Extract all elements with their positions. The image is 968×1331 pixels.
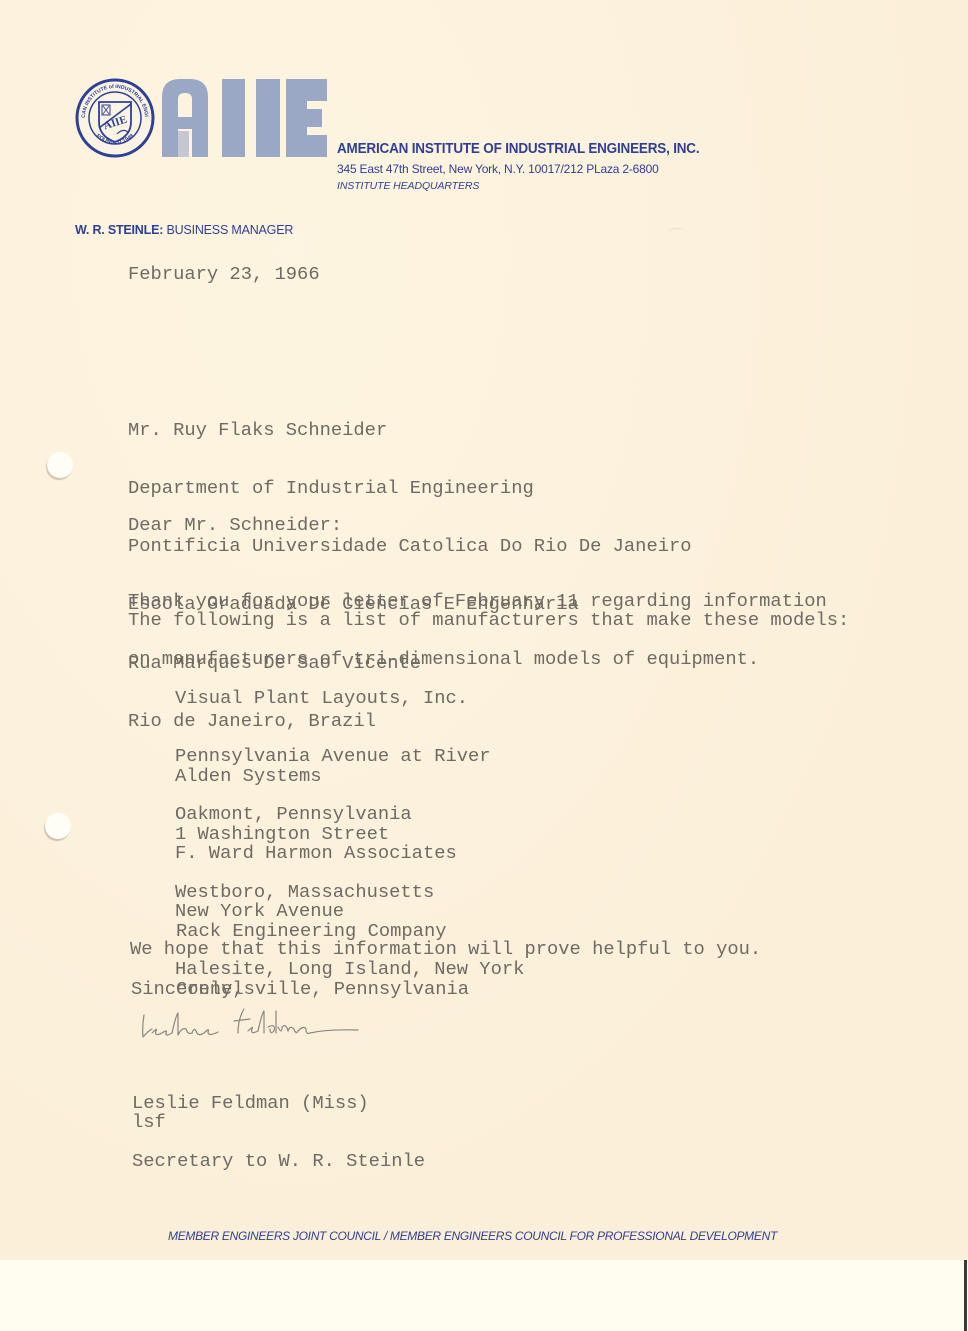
scan-background	[0, 1260, 968, 1331]
recipient-line: Department of Industrial Engineering	[128, 479, 692, 498]
letter-date: February 23, 1966	[128, 265, 320, 284]
signer-title: Secretary to W. R. Steinle	[132, 1152, 425, 1171]
closing-paragraph: We hope that this information will prove…	[130, 940, 761, 959]
headquarters-label: INSTITUTE HEADQUARTERS	[337, 180, 479, 192]
body-paragraph-2: The following is a list of manufacturers…	[128, 611, 849, 630]
aiie-seal-icon: AMERICAN INSTITUTE of INDUSTRIAL ENGINEE…	[75, 78, 155, 158]
manager-title: BUSINESS MANAGER	[166, 223, 293, 237]
letterhead-footer: MEMBER ENGINEERS JOINT COUNCIL / MEMBER …	[168, 1229, 777, 1243]
manufacturer-name: F. Ward Harmon Associates	[175, 844, 524, 863]
typist-initials: lsf	[132, 1113, 166, 1132]
salutation: Dear Mr. Schneider:	[128, 516, 342, 535]
handwritten-signature: Leslie Feldman	[138, 1005, 368, 1041]
signer-block: Leslie Feldman (Miss) Secretary to W. R.…	[132, 1055, 425, 1210]
signer-name: Leslie Feldman (Miss)	[132, 1094, 425, 1113]
letter-page: AMERICAN INSTITUTE of INDUSTRIAL ENGINEE…	[0, 0, 968, 1260]
punch-hole-bottom	[45, 813, 71, 839]
complimentary-close: Sincerely,	[131, 980, 244, 999]
punch-hole-top	[47, 452, 73, 478]
manufacturer-name: Visual Plant Layouts, Inc.	[175, 689, 491, 708]
manufacturer-name: Alden Systems	[175, 767, 434, 786]
paper-smudge	[668, 228, 686, 237]
recipient-line: Mr. Ruy Flaks Schneider	[128, 421, 692, 440]
scan-edge-line	[964, 1260, 967, 1331]
business-manager-line: W. R. STEINLE: BUSINESS MANAGER	[75, 223, 293, 237]
organization-name: AMERICAN INSTITUTE OF INDUSTRIAL ENGINEE…	[337, 141, 699, 157]
organization-address: 345 East 47th Street, New York, N.Y. 100…	[337, 162, 659, 176]
aiie-block-logo: AIIE	[162, 79, 327, 157]
manager-name: W. R. STEINLE:	[75, 223, 163, 237]
